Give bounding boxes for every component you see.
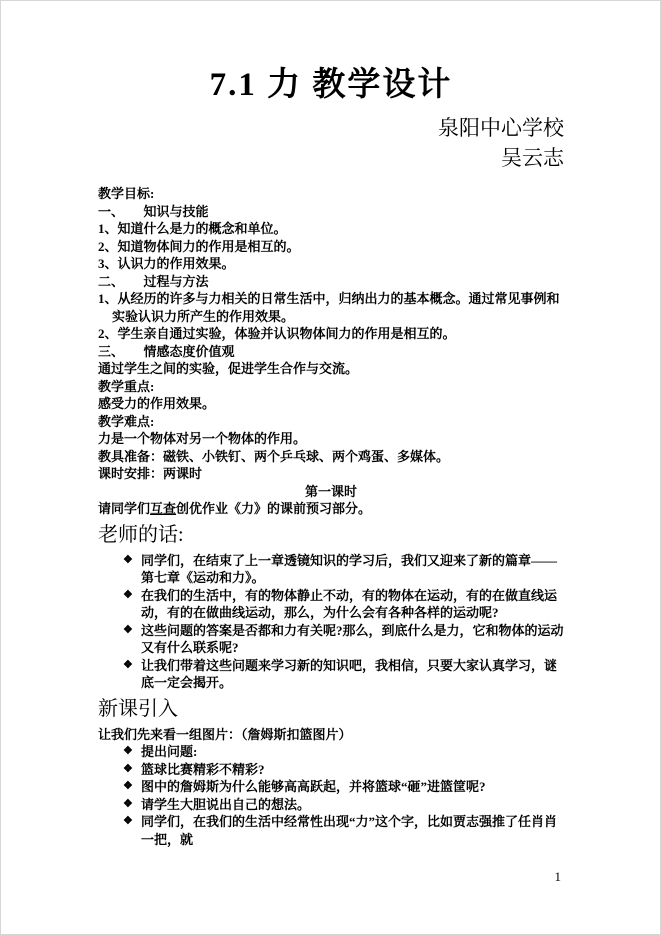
document-page: 7.1 力 教学设计 泉阳中心学校 吴云志 教学目标: 一、 知识与技能 1、知… <box>0 0 661 935</box>
page-number: 1 <box>555 870 562 884</box>
preview-instruction-line: 请同学们互查创优作业《力》的课前预习部分。 <box>98 500 564 518</box>
preview-suffix: 创优作业《力》的课前预习部分。 <box>176 501 371 516</box>
new-lesson-bullet-5: 同学们，在我们的生活中经常性出现“力”这个字，比如贾志强推了任肖肖一把，就 <box>141 813 564 848</box>
class-schedule-line: 课时安排：两课时 <box>98 465 564 483</box>
preview-underlined-text: 互查 <box>150 501 176 516</box>
knowledge-item-2: 2、知道物体间力的作用是相互的。 <box>98 238 564 256</box>
knowledge-skills-title: 一、 知识与技能 <box>98 203 564 221</box>
author-name: 吴云志 <box>98 143 564 173</box>
document-content: 7.1 力 教学设计 泉阳中心学校 吴云志 教学目标: 一、 知识与技能 1、知… <box>1 1 660 848</box>
list-item: ❖ 图中的詹姆斯为什么能够高高跃起，并将篮球“砸”进篮筐呢? <box>98 778 564 796</box>
difficult-points-heading: 教学难点: <box>98 413 564 431</box>
list-item: ❖ 篮球比赛精彩不精彩? <box>98 761 564 779</box>
new-lesson-bullet-2: 篮球比赛精彩不精彩? <box>141 761 564 779</box>
diamond-bullet-icon: ❖ <box>123 587 141 622</box>
teacher-bullet-1: 同学们，在结束了上一章透镜知识的学习后，我们又迎来了新的篇章——第七章《运动和力… <box>141 552 564 587</box>
teacher-words-heading: 老师的话: <box>98 522 564 549</box>
list-item: ❖ 这些问题的答案是否都和力有关呢?那么，到底什么是力，它和物体的运动又有什么联… <box>98 622 564 657</box>
difficult-points-text: 力是一个物体对另一个物体的作用。 <box>98 430 564 448</box>
school-name: 泉阳中心学校 <box>98 113 564 143</box>
list-item: ❖ 让我们带着这些问题来学习新的知识吧，我相信，只要大家认真学习，谜底一定会揭开… <box>98 657 564 692</box>
teaching-plan-body: 教学目标: 一、 知识与技能 1、知道什么是力的概念和单位。 2、知道物体间力的… <box>98 185 564 518</box>
teacher-bullet-4: 让我们带着这些问题来学习新的知识吧，我相信，只要大家认真学习，谜底一定会揭开。 <box>141 657 564 692</box>
teacher-words-list: ❖ 同学们，在结束了上一章透镜知识的学习后，我们又迎来了新的篇章——第七章《运动… <box>98 552 564 692</box>
diamond-bullet-icon: ❖ <box>123 761 141 779</box>
new-lesson-bullet-4: 请学生大胆说出自己的想法。 <box>141 796 564 814</box>
process-methods-title: 二、 过程与方法 <box>98 273 564 291</box>
diamond-bullet-icon: ❖ <box>123 552 141 587</box>
list-item: ❖ 在我们的生活中，有的物体静止不动，有的物体在运动，有的在做直线运动，有的在做… <box>98 587 564 622</box>
diamond-bullet-icon: ❖ <box>123 796 141 814</box>
new-lesson-bullet-1: 提出问题: <box>141 743 564 761</box>
teacher-bullet-2: 在我们的生活中，有的物体静止不动，有的物体在运动，有的在做直线运动，有的在做曲线… <box>141 587 564 622</box>
knowledge-item-1: 1、知道什么是力的概念和单位。 <box>98 220 564 238</box>
list-item: ❖ 同学们，在结束了上一章透镜知识的学习后，我们又迎来了新的篇章——第七章《运动… <box>98 552 564 587</box>
new-lesson-bullet-3: 图中的詹姆斯为什么能够高高跃起，并将篮球“砸”进篮筐呢? <box>141 778 564 796</box>
diamond-bullet-icon: ❖ <box>123 813 141 848</box>
diamond-bullet-icon: ❖ <box>123 657 141 692</box>
new-lesson-list: ❖ 提出问题: ❖ 篮球比赛精彩不精彩? ❖ 图中的詹姆斯为什么能够高高跃起，并… <box>98 743 564 848</box>
emotion-values-text: 通过学生之间的实验，促进学生合作与交流。 <box>98 360 564 378</box>
document-title: 7.1 力 教学设计 <box>98 63 564 107</box>
first-lesson-title: 第一课时 <box>98 483 564 501</box>
teacher-bullet-3: 这些问题的答案是否都和力有关呢?那么，到底什么是力，它和物体的运动又有什么联系呢… <box>141 622 564 657</box>
process-item-1: 1、从经历的许多与力相关的日常生活中，归纳出力的基本概念。通过常见事例和实验认识… <box>98 290 564 325</box>
process-item-2: 2、学生亲自通过实验，体验并认识物体间力的作用是相互的。 <box>98 325 564 343</box>
list-item: ❖ 请学生大胆说出自己的想法。 <box>98 796 564 814</box>
knowledge-item-3: 3、认识力的作用效果。 <box>98 255 564 273</box>
teaching-aids-line: 教具准备：磁铁、小铁钉、两个乒乓球、两个鸡蛋、多媒体。 <box>98 448 564 466</box>
goals-heading: 教学目标: <box>98 185 564 203</box>
key-points-heading: 教学重点: <box>98 378 564 396</box>
list-item: ❖ 提出问题: <box>98 743 564 761</box>
preview-prefix: 请同学们 <box>98 501 150 516</box>
diamond-bullet-icon: ❖ <box>123 743 141 761</box>
new-lesson-lead: 让我们先来看一组图片：（詹姆斯扣篮图片） <box>98 726 564 744</box>
new-lesson-heading: 新课引入 <box>98 696 564 723</box>
diamond-bullet-icon: ❖ <box>123 778 141 796</box>
key-points-text: 感受力的作用效果。 <box>98 395 564 413</box>
emotion-values-title: 三、 情感态度价值观 <box>98 343 564 361</box>
diamond-bullet-icon: ❖ <box>123 622 141 657</box>
list-item: ❖ 同学们，在我们的生活中经常性出现“力”这个字，比如贾志强推了任肖肖一把，就 <box>98 813 564 848</box>
